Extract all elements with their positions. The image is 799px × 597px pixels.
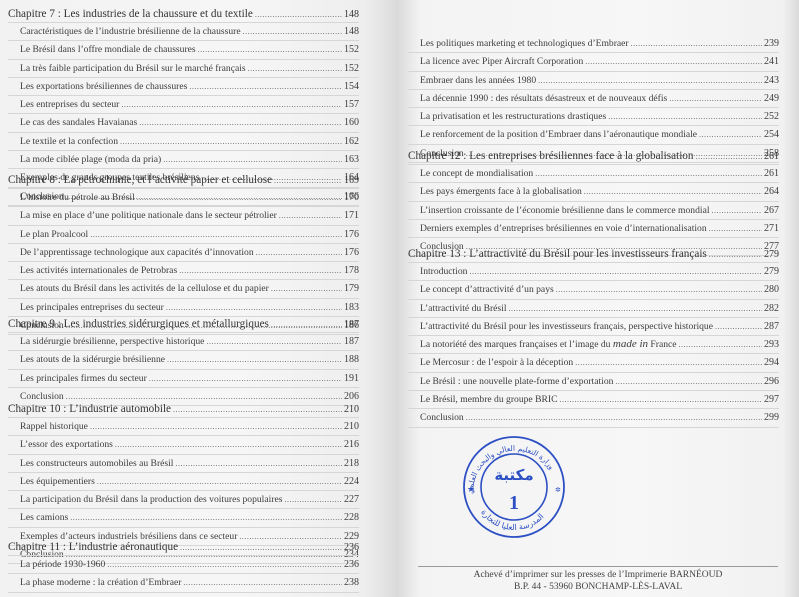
toc-section[interactable]: Le Brésil : une nouvelle plate-forme d’e… (408, 373, 779, 391)
toc-section[interactable]: Les équipementiers224 (8, 473, 359, 491)
toc-chapter-heading[interactable]: Chapitre 10 : L’industrie automobile210 (8, 401, 359, 418)
toc-section[interactable]: La sidérurgie brésilienne, perspective h… (8, 333, 359, 351)
toc-section[interactable]: La notoriété des marques françaises et l… (408, 336, 779, 354)
toc-section[interactable]: Le concept d’attractivité d’un pays280 (408, 281, 779, 299)
toc-section[interactable]: Le Mercosur : de l’espoir à la déception… (408, 354, 779, 372)
printer-line-2: B.P. 44 - 53960 BONCHAMP-LÈS-LAVAL (418, 581, 778, 593)
toc-section[interactable]: Le cas des sandales Havaianas160 (8, 114, 359, 132)
toc-section[interactable]: Les constructeurs automobiles au Brésil2… (8, 455, 359, 473)
toc-section[interactable]: Rappel historique210 (8, 418, 359, 436)
toc-chapter-11-continued: Les politiques marketing et technologiqu… (408, 35, 779, 163)
right-page: Les politiques marketing et technologiqu… (396, 0, 799, 597)
toc-section[interactable]: La mode ciblée plage (moda da pria)163 (8, 151, 359, 169)
toc-section[interactable]: Le textile et la confection162 (8, 133, 359, 151)
toc-section[interactable]: Les activités internationales de Petrobr… (8, 262, 359, 280)
toc-chapter-11: Chapitre 11 : L’industrie aéronautique23… (8, 539, 359, 593)
toc-chapter-12: Chapitre 12 : Les entreprises brésilienn… (408, 148, 779, 256)
toc-chapter-9: Chapitre 9 : Les industries sidérurgique… (8, 316, 359, 406)
toc-section[interactable]: La phase moderne : la création d’Embraer… (8, 574, 359, 592)
left-page: Chapitre 7 : Les industries de la chauss… (0, 0, 396, 597)
toc-section[interactable]: Introduction279 (408, 263, 779, 281)
printer-divider (418, 566, 778, 567)
toc-section[interactable]: La période 1930-1960236 (8, 556, 359, 574)
toc-chapter-heading[interactable]: Chapitre 11 : L’industrie aéronautique23… (8, 539, 359, 556)
toc-section[interactable]: Les exportations brésiliennes de chaussu… (8, 78, 359, 96)
toc-section[interactable]: Embraer dans les années 1980243 (408, 72, 779, 90)
library-stamp: وزارة التعليم العالي والبحث العلمي المدر… (459, 432, 569, 542)
star-icon: ★ (467, 485, 475, 495)
toc-chapter-13: Chapitre 13 : L’attractivité du Brésil p… (408, 246, 779, 428)
toc-section[interactable]: La licence avec Piper Aircraft Corporati… (408, 53, 779, 71)
stamp-center-number: 1 (509, 492, 519, 514)
toc-section[interactable]: La très faible participation du Brésil s… (8, 60, 359, 78)
toc-section[interactable]: Le concept de mondialisation261 (408, 165, 779, 183)
printer-colophon: Achevé d’imprimer sur les presses de l’I… (418, 569, 778, 593)
toc-chapter-heading[interactable]: Chapitre 8 : La pétrochimie, et l’activi… (8, 172, 359, 189)
toc-chapter-heading[interactable]: Chapitre 9 : Les industries sidérurgique… (8, 316, 359, 333)
toc-chapter-heading[interactable]: Chapitre 7 : Les industries de la chauss… (8, 6, 359, 23)
toc-section[interactable]: Le plan Proalcool176 (8, 226, 359, 244)
stamp-center-word: مكتبة (494, 466, 533, 484)
toc-section[interactable]: Le Brésil dans l’offre mondiale de chaus… (8, 41, 359, 59)
toc-section[interactable]: La mise en place d’une politique nationa… (8, 207, 359, 225)
toc-section[interactable]: Derniers exemples d’entreprises brésilie… (408, 220, 779, 238)
toc-section[interactable]: L’insertion croissante de l’économie bré… (408, 202, 779, 220)
toc-section[interactable]: Les entreprises du secteur157 (8, 96, 359, 114)
toc-section[interactable]: Le Brésil, membre du groupe BRIC297 (408, 391, 779, 409)
toc-section[interactable]: L’attractivité du Brésil282 (408, 300, 779, 318)
toc-section[interactable]: Les politiques marketing et technologiqu… (408, 35, 779, 53)
toc-section[interactable]: De l’apprentissage technologique aux cap… (8, 244, 359, 262)
toc-section[interactable]: La décennie 1990 : des résultats désastr… (408, 90, 779, 108)
toc-section[interactable]: Les principales entreprises du secteur18… (8, 299, 359, 317)
toc-section[interactable]: Les atouts de la sidérurgie brésilienne1… (8, 351, 359, 369)
toc-chapter-heading[interactable]: Chapitre 13 : L’attractivité du Brésil p… (408, 246, 779, 263)
toc-section[interactable]: Les principales firmes du secteur191 (8, 370, 359, 388)
toc-section[interactable]: L’histoire du pétrole au Brésil170 (8, 189, 359, 207)
toc-section[interactable]: Le renforcement de la position d’Embraer… (408, 126, 779, 144)
toc-section[interactable]: L’essor des exportations216 (8, 436, 359, 454)
toc-chapter-heading[interactable]: Chapitre 12 : Les entreprises brésilienn… (408, 148, 779, 165)
toc-section[interactable]: Les pays émergents face à la globalisati… (408, 183, 779, 201)
toc-section[interactable]: Les camions228 (8, 509, 359, 527)
star-icon: ✲ (555, 486, 561, 494)
toc-section[interactable]: Les atouts du Brésil dans les activités … (8, 280, 359, 298)
toc-section[interactable]: La participation du Brésil dans la produ… (8, 491, 359, 509)
printer-line-1: Achevé d’imprimer sur les presses de l’I… (418, 569, 778, 581)
toc-section[interactable]: L’attractivité du Brésil pour les invest… (408, 318, 779, 336)
page-number: 148 (344, 7, 359, 23)
toc-section[interactable]: Conclusion299 (408, 409, 779, 427)
toc-section[interactable]: La privatisation et les restructurations… (408, 108, 779, 126)
toc-section[interactable]: Caractéristiques de l’industrie brésilie… (8, 23, 359, 41)
toc-chapter-8: Chapitre 8 : La pétrochimie, et l’activi… (8, 172, 359, 335)
